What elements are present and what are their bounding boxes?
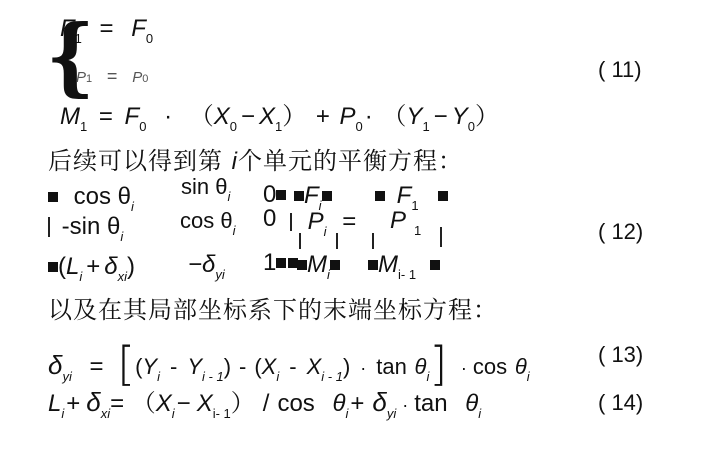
bracket-fragment-icon <box>438 191 448 201</box>
eq12-row1-col1: cos θi <box>48 182 134 211</box>
bracket-fragment-icon <box>290 213 292 231</box>
bracket-fragment-icon <box>372 230 374 249</box>
bracket-fragment-icon <box>322 191 332 201</box>
eq12-row2-col1: -sin θi <box>48 212 123 241</box>
equation-number-12: ( 12) <box>598 219 643 245</box>
eq12-rhs-vector-r3: Mi- 1 <box>368 250 440 279</box>
eq12-row1-col2: sin θi <box>181 174 230 200</box>
bracket-fragment-icon <box>297 260 307 270</box>
eq11-line3: M1 = F0 · （X0−X1） + P0· （Y1−Y0） <box>60 96 499 131</box>
eq12-row3-col2: −δyi <box>188 250 225 279</box>
eq12-row3-col1: (Li+δxi) <box>48 252 135 281</box>
bracket-fragment-icon <box>336 230 338 249</box>
eq12-row2-col2: cos θi <box>180 208 235 234</box>
bracket-fragment-icon <box>368 260 378 270</box>
bracket-fragment-icon <box>276 190 286 200</box>
paragraph-local-coordinates-intro: 以及在其局部坐标系下的末端坐标方程： <box>48 290 498 325</box>
bracket-fragment-icon <box>48 217 50 237</box>
eq12-row2-col3: 0 <box>263 204 276 233</box>
bracket-fragment-icon <box>375 191 385 201</box>
equation-number-13: ( 13) <box>598 342 643 368</box>
equation-number-11: ( 11) <box>598 57 642 83</box>
bracket-fragment-icon <box>330 260 340 270</box>
eq13-body: δyi = [(Yi-Yi - 1)-(Xi-Xi - 1)·tan θi] ·… <box>48 335 530 381</box>
bracket-fragment-icon <box>440 226 442 247</box>
eq12-lhs-vector-r1: Fi <box>294 181 332 210</box>
equation-number-14: ( 14) <box>598 390 643 416</box>
paragraph-equilibrium-intro: 后续可以得到第 i个单元的平衡方程： <box>48 141 463 176</box>
bracket-fragment-icon <box>276 258 286 268</box>
eq12-lhs-vector-r3: Mi <box>297 250 340 279</box>
bracket-fragment-icon <box>430 260 440 270</box>
eq12-row3-col3: 1 <box>263 248 298 277</box>
eq12-rhs-vector-r2: P1 <box>390 206 421 235</box>
bracket-fragment-icon <box>294 191 304 201</box>
bracket-fragment-icon <box>48 192 58 202</box>
bracket-fragment-icon <box>48 262 58 272</box>
eq14-body: Li+δxi= （Xi−Xi- 1）/cos θi+δyi·tan θi <box>48 383 481 418</box>
bracket-fragment-icon <box>299 230 301 249</box>
eq11-line2: P1 = P0 <box>76 66 148 87</box>
eq11-line1: F1 = F0 <box>60 14 153 43</box>
